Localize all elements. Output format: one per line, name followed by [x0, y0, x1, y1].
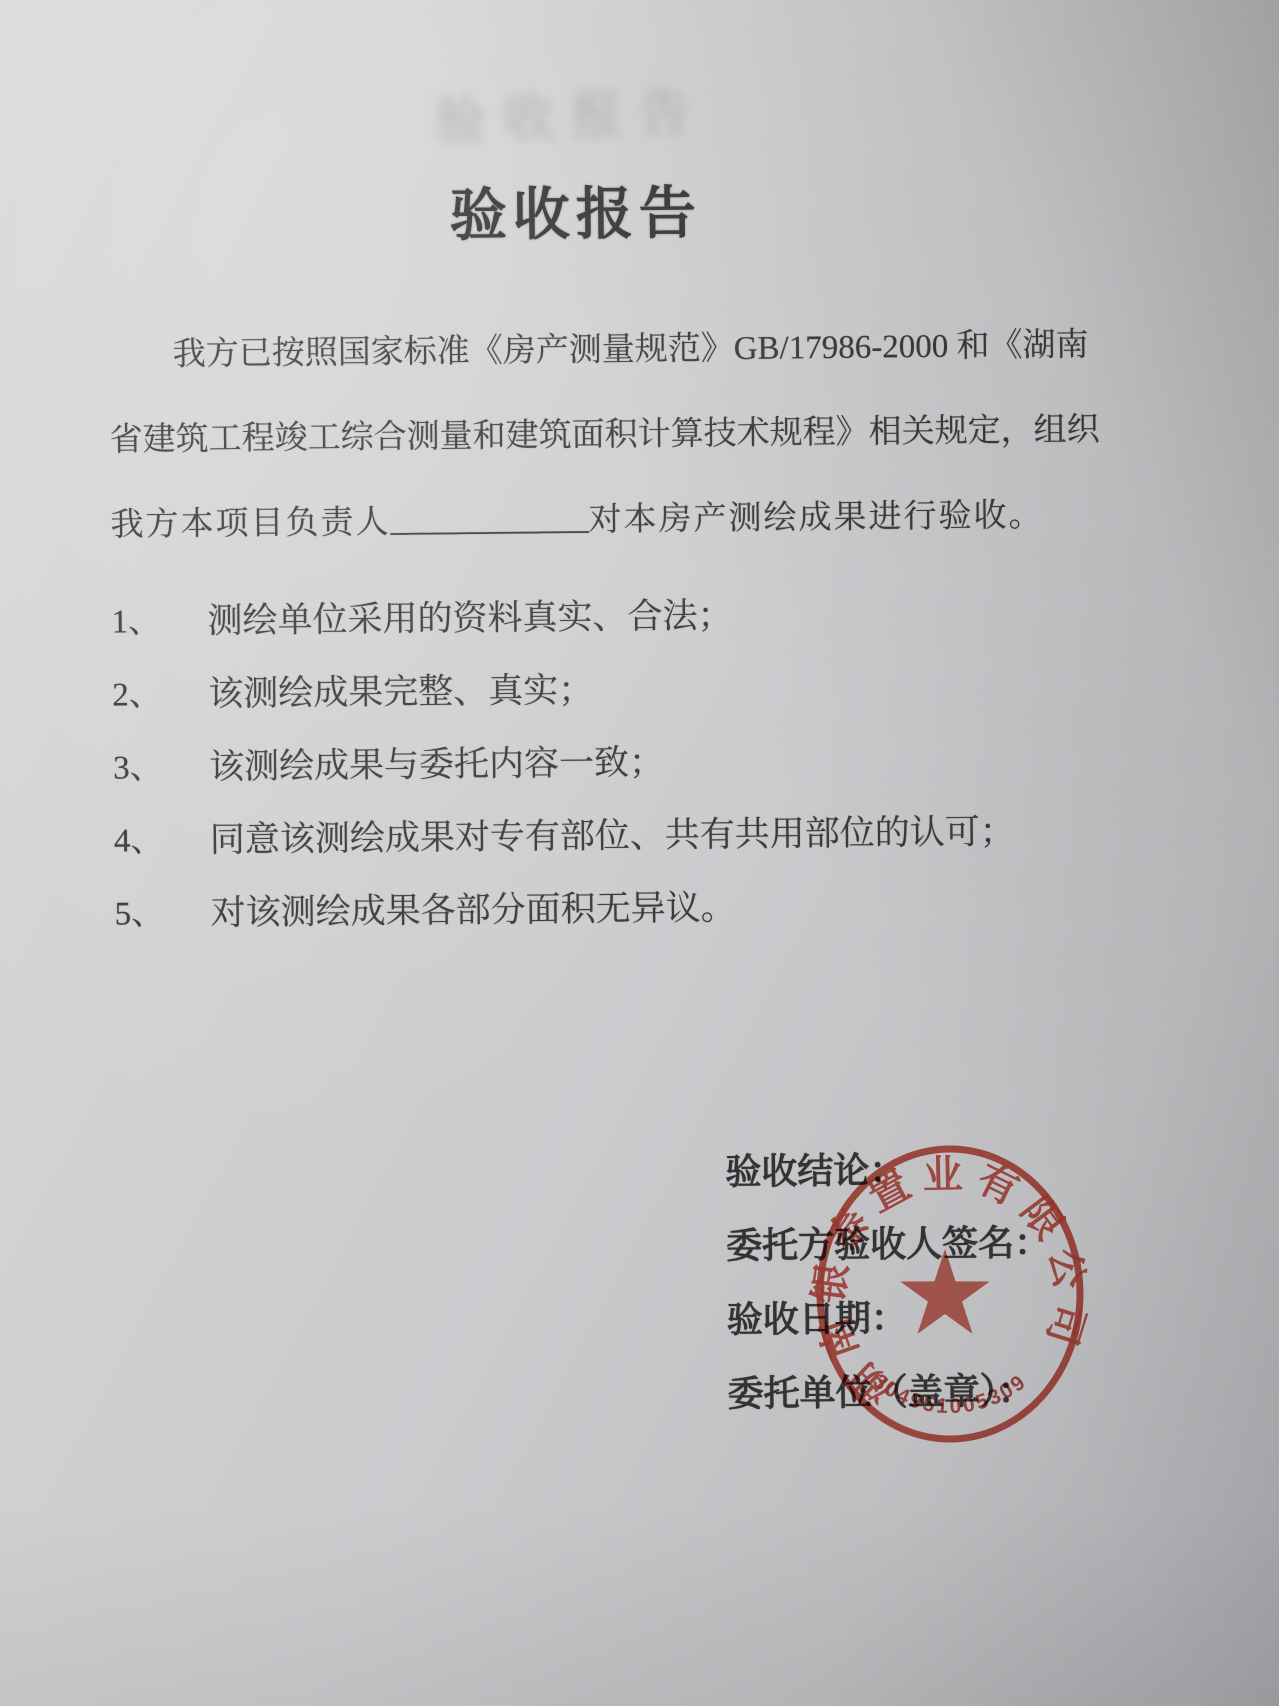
- responsible-person-blank: ____________: [390, 477, 589, 564]
- item-text: 该测绘成果与委托内容一致；: [209, 734, 665, 789]
- item-number: 5、: [114, 886, 210, 934]
- item-text: 该测绘成果完整、真实；: [208, 662, 594, 716]
- item-number: 3、: [113, 741, 209, 789]
- list-item: 3、 该测绘成果与委托内容一致；: [113, 716, 1279, 801]
- item-number: 4、: [114, 814, 210, 862]
- paragraph-line-3: 我方本项目负责人____________对本房产测绘成果进行验收。: [110, 474, 1057, 569]
- company-seal: 湖南银泰置业有限公司 43049510053091: [805, 1136, 1105, 1456]
- line3-prefix: 我方本项目负责人: [110, 505, 390, 544]
- line3-suffix: 对本房产测绘成果进行验收。: [588, 498, 1043, 539]
- list-item: 2、 该测绘成果完整、真实；: [112, 643, 1278, 728]
- item-text: 同意该测绘成果对专有部位、共有共用部位的认可；: [210, 804, 1015, 862]
- acceptance-item-list: 1、 测绘单位采用的资料真实、合法； 2、 该测绘成果完整、真实； 3、 该测绘…: [111, 570, 1279, 947]
- seal-star-icon: [900, 1249, 989, 1334]
- paragraph-line-2: 省建筑工程竣工综合测量和建筑面积计算技术规程》相关规定，组织: [109, 389, 1056, 484]
- paragraph-line-1: 我方已按照国家标准《房产测量规范》GB/17986-2000 和《湖南: [108, 304, 1055, 399]
- list-item: 5、 对该测绘成果各部分面积无异议。: [114, 862, 1279, 947]
- list-item: 4、 同意该测绘成果对专有部位、共有共用部位的认可；: [113, 789, 1279, 874]
- item-text: 测绘单位采用的资料真实、合法；: [207, 588, 733, 643]
- bleed-through-ghost-title: 验收报告: [433, 70, 708, 155]
- list-item: 1、 测绘单位采用的资料真实、合法；: [111, 570, 1277, 655]
- item-number: 2、: [112, 668, 208, 716]
- body-paragraph: 我方已按照国家标准《房产测量规范》GB/17986-2000 和《湖南 省建筑工…: [108, 304, 1057, 569]
- page-title: 验收报告: [0, 162, 1216, 257]
- item-number: 1、: [111, 595, 207, 643]
- item-text: 对该测绘成果各部分面积无异议。: [210, 879, 736, 934]
